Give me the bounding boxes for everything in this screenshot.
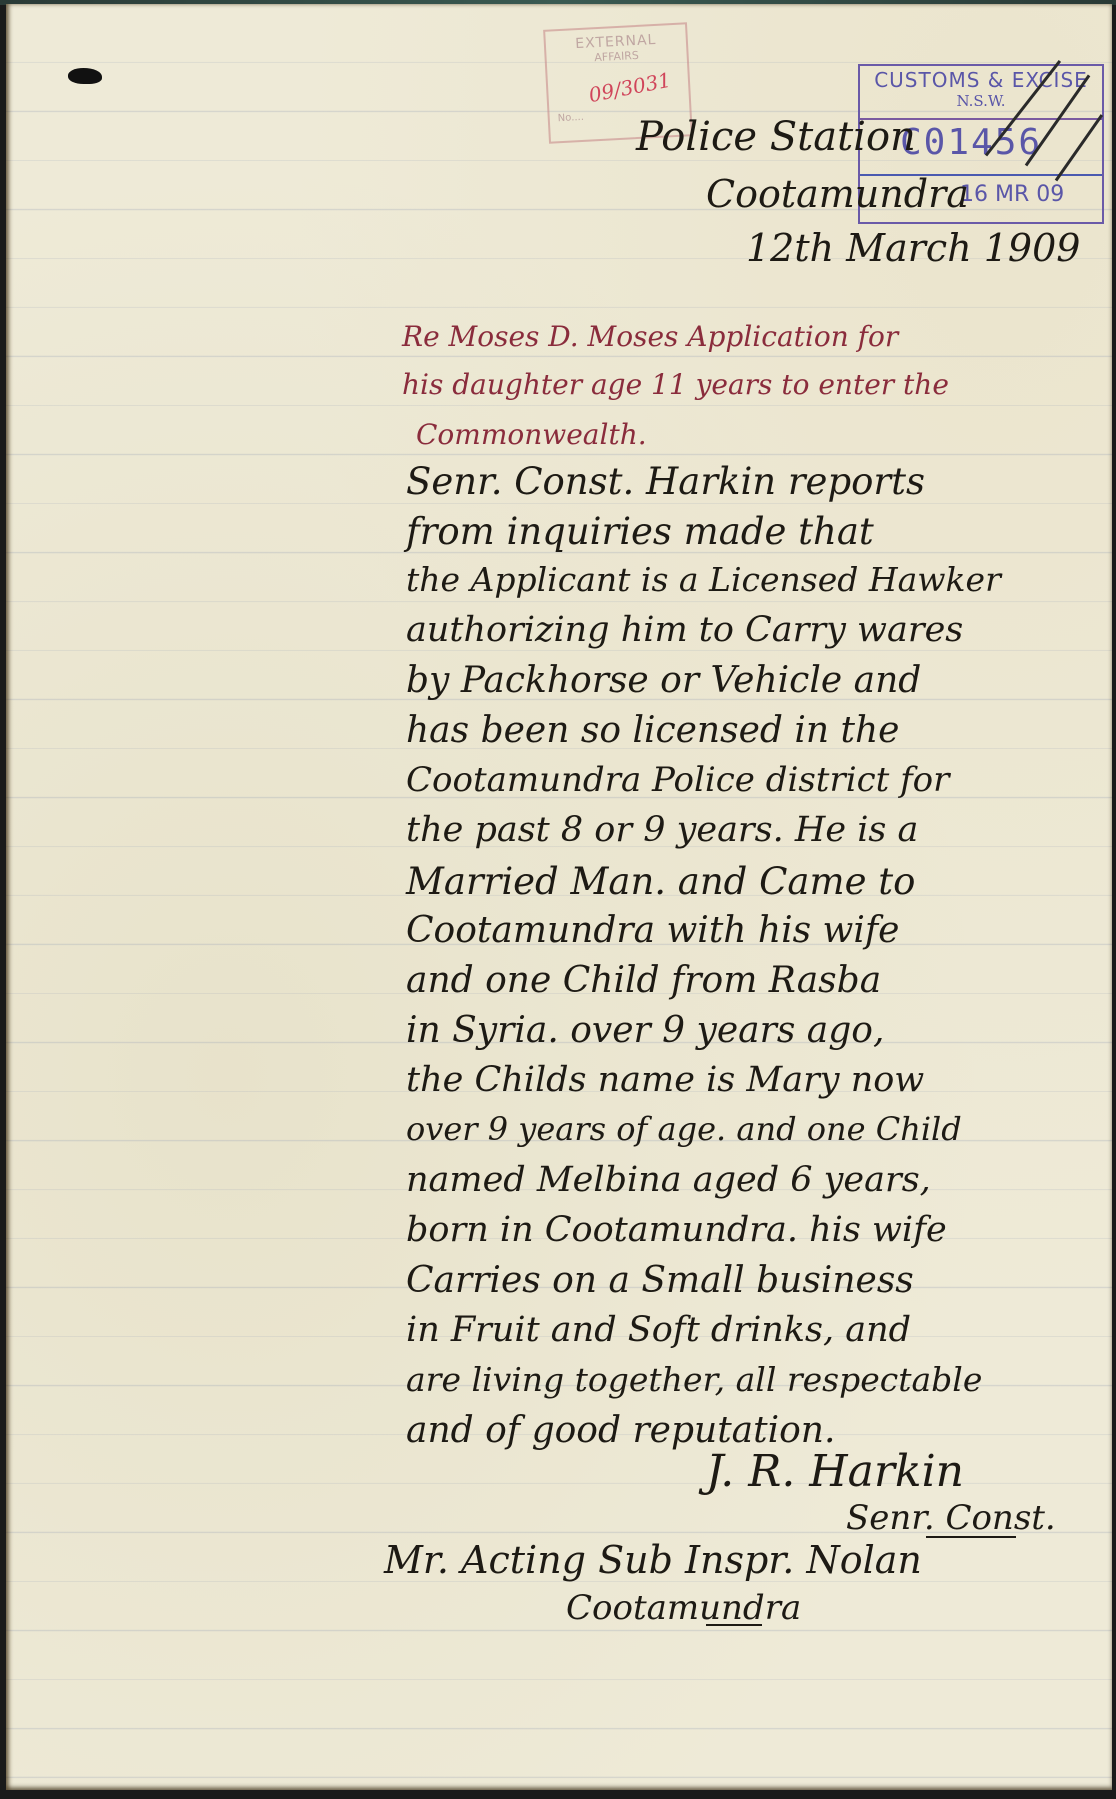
body-line: from inquiries made that bbox=[406, 510, 874, 553]
body-line: Cootamundra Police district for bbox=[406, 760, 949, 800]
header-place: Cootamundra bbox=[706, 172, 969, 216]
header-date: 12th March 1909 bbox=[746, 226, 1080, 270]
body-line: and of good reputation. bbox=[406, 1410, 835, 1451]
subject-line: Re Moses D. Moses Application for bbox=[402, 320, 898, 353]
stamp-customs-date: 16 MR 09 bbox=[960, 182, 1064, 207]
addressee-line2: Cootamundra bbox=[566, 1588, 801, 1628]
body-line: and one Child from Rasba bbox=[406, 960, 881, 1001]
body-line: born in Cootamundra. his wife bbox=[406, 1210, 947, 1250]
subject-line: Commonwealth. bbox=[416, 418, 647, 451]
body-line: Married Man. and Came to bbox=[406, 860, 915, 903]
body-line: authorizing him to Carry wares bbox=[406, 610, 963, 650]
body-line: Cootamundra with his wife bbox=[406, 910, 900, 951]
body-line: by Packhorse or Vehicle and bbox=[406, 660, 921, 701]
body-line: the Applicant is a Licensed Hawker bbox=[406, 560, 1001, 599]
stamp-customs-line1: CUSTOMS & EXCISE bbox=[860, 68, 1102, 92]
signature-name: J. R. Harkin bbox=[706, 1446, 964, 1497]
body-line: are living together, all respectable bbox=[406, 1360, 982, 1399]
subject-line: his daughter age 11 years to enter the bbox=[402, 368, 949, 401]
stamp-external-no-label: No.... bbox=[557, 112, 584, 124]
body-line: has been so licensed in the bbox=[406, 710, 900, 751]
ink-blot bbox=[68, 68, 102, 84]
addressee-underline bbox=[706, 1624, 762, 1626]
body-line: the Childs name is Mary now bbox=[406, 1060, 924, 1100]
letter-page: EXTERNAL AFFAIRS 09/3031 No.... CUSTOMS … bbox=[6, 4, 1112, 1790]
body-line: Carries on a Small business bbox=[406, 1260, 914, 1301]
signature-underline bbox=[926, 1536, 1016, 1538]
stamp-external-number: 09/3031 bbox=[587, 68, 673, 107]
body-line: named Melbina aged 6 years, bbox=[406, 1160, 931, 1200]
header-station: Police Station bbox=[636, 114, 916, 160]
body-line: the past 8 or 9 years. He is a bbox=[406, 810, 918, 850]
stamp-customs-number: C01456 bbox=[900, 122, 1042, 163]
body-line: in Syria. over 9 years ago, bbox=[406, 1010, 884, 1051]
body-line: in Fruit and Soft drinks, and bbox=[406, 1310, 911, 1350]
signature-title: Senr. Const. bbox=[846, 1498, 1056, 1538]
addressee-line1: Mr. Acting Sub Inspr. Nolan bbox=[384, 1538, 922, 1582]
body-line: Senr. Const. Harkin reports bbox=[406, 460, 925, 503]
body-line: over 9 years of age. and one Child bbox=[406, 1110, 962, 1148]
